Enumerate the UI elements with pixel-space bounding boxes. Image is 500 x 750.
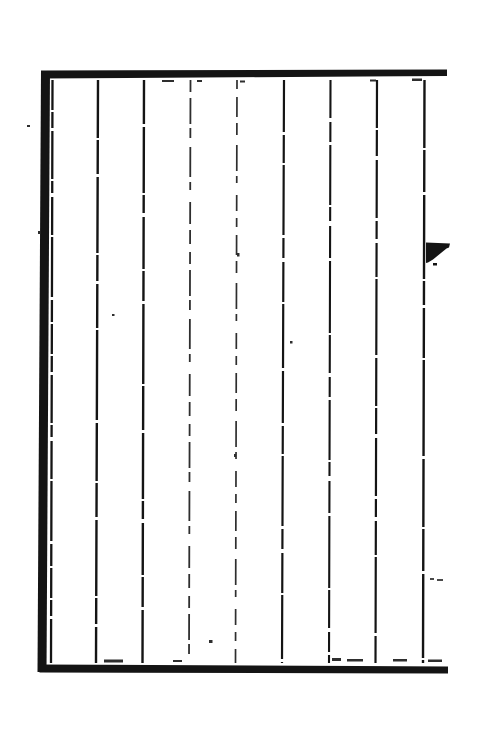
column-rule-8 <box>376 80 378 663</box>
page-scan <box>0 0 500 750</box>
column-rule-9 <box>423 80 425 663</box>
column-rule-1 <box>51 80 53 663</box>
scanned-book-page <box>0 0 500 750</box>
fishtail-speck <box>433 263 437 266</box>
